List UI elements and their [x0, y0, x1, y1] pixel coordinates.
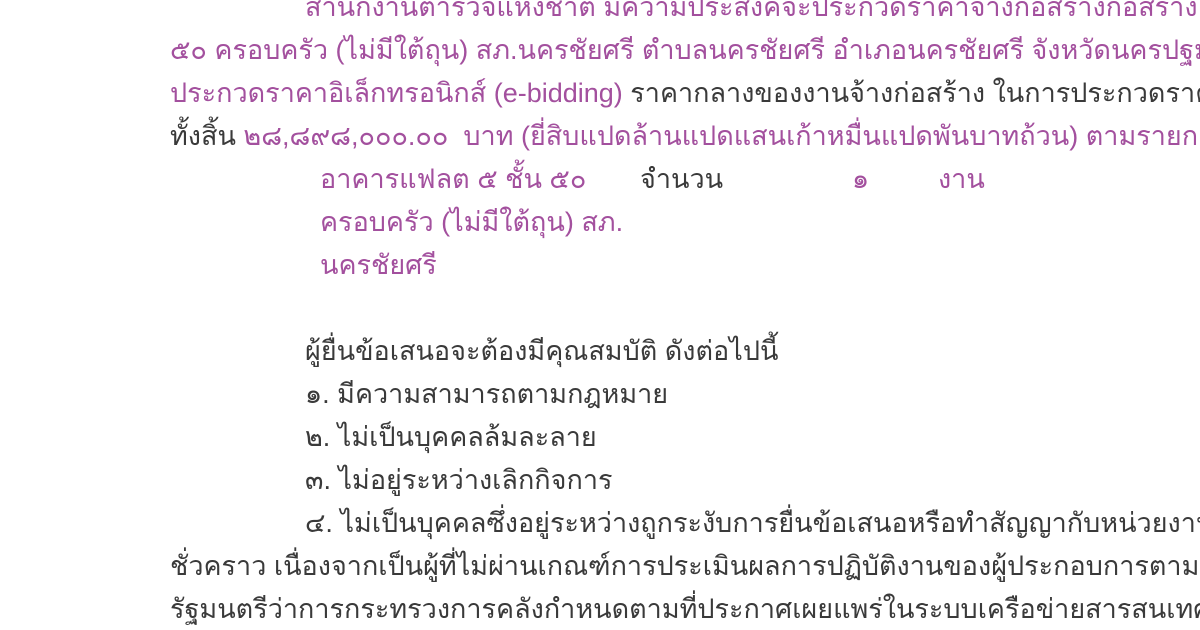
qualification-item-4-text: ๔. ไม่เป็นบุคคลซึ่งอยู่ระหว่างถูกระงับกา… [305, 508, 1200, 538]
procurement-announcement-document: สำนักงานตำรวจแห่งชาติ มีความประสงค์จะประ… [170, 0, 1082, 630]
para1-line1-text: สำนักงานตำรวจแห่งชาติ มีความประสงค์จะประ… [305, 0, 1200, 22]
item-name-line1: อาคารแฟลต ๕ ชั้น ๕๐ [320, 164, 586, 194]
qualifications-intro-row: ผู้ยื่นข้อเสนอจะต้องมีคุณสมบัติ ดังต่อไป… [170, 330, 1082, 373]
qualification-item-4: ๔. ไม่เป็นบุคคลซึ่งอยู่ระหว่างถูกระงับกา… [170, 502, 1082, 545]
para1-line2: ๕๐ ครอบครัว (ไม่มีใต้ถุน) สภ.นครชัยศรี ต… [170, 29, 1082, 72]
qualification-item-1-text: ๑. มีความสามารถตามกฎหมาย [305, 379, 668, 409]
item-name-line2-row: ครอบครัว (ไม่มีใต้ถุน) สภ. [170, 201, 1082, 244]
item-name-line3-row: นครชัยศรี [170, 244, 1082, 287]
qualification-item-2: ๒. ไม่เป็นบุคคลล้มละลาย [170, 416, 1082, 459]
qualification-item-3-text: ๓. ไม่อยู่ระหว่างเลิกกิจการ [305, 465, 612, 495]
qualification-item-3: ๓. ไม่อยู่ระหว่างเลิกกิจการ [170, 459, 1082, 502]
qualifications-intro: ผู้ยื่นข้อเสนอจะต้องมีคุณสมบัติ ดังต่อไป… [305, 336, 778, 366]
para1-line4-highlight: ๒๘,๘๙๘,๐๐๐.๐๐ บาท (ยี่สิบแปดล้านแปดแสนเก… [243, 121, 1200, 151]
para1-line2-text: ๕๐ ครอบครัว (ไม่มีใต้ถุน) สภ.นครชัยศรี ต… [170, 35, 1200, 65]
para1-line4: ทั้งสิ้น ๒๘,๘๙๘,๐๐๐.๐๐ บาท (ยี่สิบแปดล้า… [170, 115, 1082, 158]
item-qty-unit: งาน [938, 158, 985, 201]
qualification-item-4-cont1-text: ชั่วคราว เนื่องจากเป็นผู้ที่ไม่ผ่านเกณฑ์… [170, 551, 1200, 581]
item-qty-label: จำนวน [640, 158, 723, 201]
qualification-item-1: ๑. มีความสามารถตามกฎหมาย [170, 373, 1082, 416]
qualification-item-4-continuation-1: ชั่วคราว เนื่องจากเป็นผู้ที่ไม่ผ่านเกณฑ์… [170, 545, 1082, 588]
para1-line4-body: ทั้งสิ้น [170, 121, 243, 151]
spacer-line [170, 287, 1082, 330]
item-qty-value: ๑ [852, 158, 869, 201]
qualification-item-2-text: ๒. ไม่เป็นบุคคลล้มละลาย [305, 422, 597, 452]
qualification-item-4-continuation-2: รัฐมนตรีว่าการกระทรวงการคลังกำหนดตามที่ป… [170, 588, 1082, 630]
item-name-line3: นครชัยศรี [320, 250, 437, 280]
para1-line3-highlight: ประกวดราคาอิเล็กทรอนิกส์ (e-bidding) [170, 78, 623, 108]
para1-line1: สำนักงานตำรวจแห่งชาติ มีความประสงค์จะประ… [170, 0, 1082, 29]
qualification-item-4-cont2-text: รัฐมนตรีว่าการกระทรวงการคลังกำหนดตามที่ป… [170, 594, 1200, 624]
para1-line3-body: ราคากลางของงานจ้างก่อสร้าง ในการประกวดรา… [623, 78, 1200, 108]
para1-line3: ประกวดราคาอิเล็กทรอนิกส์ (e-bidding) ราค… [170, 72, 1082, 115]
item-name-line2: ครอบครัว (ไม่มีใต้ถุน) สภ. [320, 207, 623, 237]
item-row: อาคารแฟลต ๕ ชั้น ๕๐จำนวน๑งาน [170, 158, 1082, 201]
